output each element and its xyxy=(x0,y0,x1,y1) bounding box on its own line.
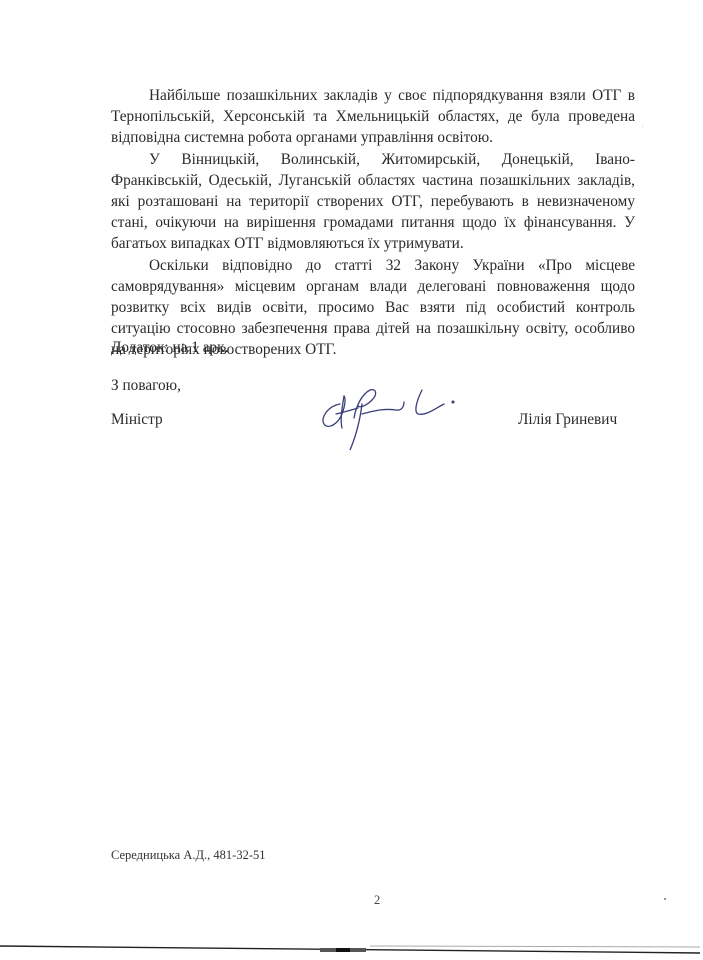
scan-speck xyxy=(642,126,643,127)
scan-speck xyxy=(664,898,666,900)
scan-bottom-edge xyxy=(0,940,703,960)
paragraph-2: У Вінницькій, Волинській, Житомирській, … xyxy=(111,149,635,255)
document-page: Найбільше позашкільних закладів у своє п… xyxy=(0,0,703,960)
letter-body: Найбільше позашкільних закладів у своє п… xyxy=(111,85,635,361)
page-number: 2 xyxy=(374,893,380,908)
signatory-title: Міністр xyxy=(111,411,163,429)
signatory-name: Лілія Гриневич xyxy=(518,411,617,429)
paragraph-1: Найбільше позашкільних закладів у своє п… xyxy=(111,85,635,149)
handwritten-signature-icon xyxy=(318,384,468,450)
attachment-note: Додаток: на 1 арк. xyxy=(111,339,228,357)
executor-contact: Середницька А.Д., 481-32-51 xyxy=(111,848,266,863)
closing-phrase: З повагою, xyxy=(111,377,181,395)
